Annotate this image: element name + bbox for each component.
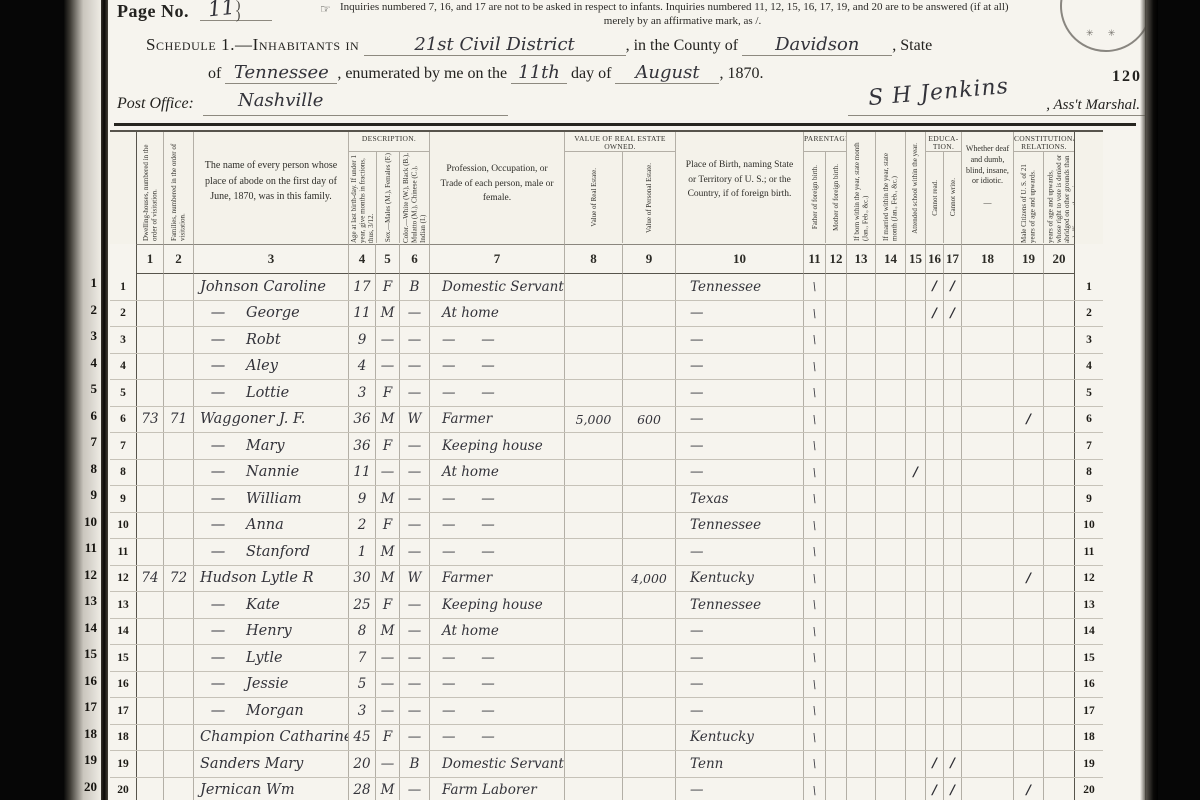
cell-name: Waggoner J. F. <box>193 407 348 433</box>
right-gutter-number <box>1075 244 1103 274</box>
row-number-right: 16 <box>1075 672 1103 698</box>
cell-name: —Lottie <box>193 380 348 406</box>
cell-sex: F <box>375 274 399 300</box>
cell-m15 <box>905 486 925 512</box>
table-row: 3—Robt9——— ——\3 <box>110 327 1103 354</box>
cell-m13 <box>846 274 875 300</box>
cell-m13 <box>846 619 875 645</box>
cell-m15 <box>905 778 925 800</box>
scanned-census-page: 1234567891011121314151617181920 Page No.… <box>0 0 1200 800</box>
cell-m20 <box>1043 698 1075 724</box>
column-header-8: Value of Real Estate. <box>565 152 622 243</box>
person-name: Henry <box>242 623 292 639</box>
adjacent-page-row-number: 6 <box>91 409 98 422</box>
cell-m14 <box>875 539 905 565</box>
cell-real <box>564 486 622 512</box>
cell-dw <box>136 327 163 353</box>
cell-m16 <box>925 354 943 380</box>
cell-occ: — — <box>429 645 564 671</box>
cell-real <box>564 301 622 327</box>
cell-age: 3 <box>348 698 375 724</box>
person-name: William <box>242 491 302 507</box>
row-number-left: 8 <box>110 460 136 486</box>
name-ditto-dash: — <box>194 597 242 613</box>
cell-m19 <box>1013 698 1043 724</box>
cell-m20 <box>1043 566 1075 592</box>
column-header-16: Cannot read. <box>926 152 943 243</box>
cell-m19 <box>1013 354 1043 380</box>
cell-occ: At home <box>429 460 564 486</box>
cell-dw <box>136 672 163 698</box>
table-row: 127472Hudson Lytle R30MWFarmer4,000Kentu… <box>110 566 1103 593</box>
adjacent-page-row-number: 11 <box>85 541 97 554</box>
cell-birth: Kentucky <box>675 566 803 592</box>
cell-name: —Kate <box>193 592 348 618</box>
name-ditto-dash: — <box>194 464 242 480</box>
cell-m12 <box>825 433 846 459</box>
cell-m17 <box>943 592 961 618</box>
person-name: Waggoner J. F. <box>194 411 305 427</box>
cell-m14 <box>875 486 905 512</box>
cell-m15 <box>905 566 925 592</box>
cell-sex: M <box>375 407 399 433</box>
column-header-text: Sex.—Males (M.), Females (F.) <box>384 153 392 242</box>
column-number-12: 12 <box>825 244 846 274</box>
cell-m16 <box>925 460 943 486</box>
cell-sex: M <box>375 539 399 565</box>
cell-m19 <box>1013 725 1043 751</box>
cell-pers <box>622 672 675 698</box>
day-of-label: day of <box>571 65 611 82</box>
adjacent-page-row-number: 14 <box>84 621 97 634</box>
cell-occ: Domestic Servant <box>429 751 564 777</box>
cell-m16: / <box>925 751 943 777</box>
cell-dw <box>136 645 163 671</box>
table-header-row: Dwelling-houses, numbered in the order o… <box>110 130 1103 244</box>
cell-m13 <box>846 380 875 406</box>
cell-sex: M <box>375 566 399 592</box>
table-row: 20Jernican Wm28M—Farm Laborer—\///20 <box>110 778 1103 800</box>
cell-m20 <box>1043 725 1075 751</box>
group-label-description: Description. <box>349 132 429 152</box>
cell-m17: / <box>943 778 961 800</box>
cell-real <box>564 539 622 565</box>
person-name: Lottie <box>242 385 289 401</box>
column-header-text: Attended school within the year. <box>911 143 919 234</box>
schedule-label: Schedule 1.—Inhabitants in <box>146 35 359 54</box>
cell-dd <box>961 539 1013 565</box>
cell-m15 <box>905 407 925 433</box>
cell-m19: / <box>1013 778 1043 800</box>
cell-m17 <box>943 513 961 539</box>
cell-m11: \ <box>803 301 825 327</box>
month-blank: August <box>615 62 719 84</box>
cell-real <box>564 327 622 353</box>
cell-birth: Tenn <box>675 751 803 777</box>
column-group-education: Educa-tion.Cannot read.Cannot write. <box>925 132 961 244</box>
cell-m20 <box>1043 433 1075 459</box>
group-subcolumns: Value of Real Estate.Value of Personal E… <box>565 152 675 244</box>
column-header-text: Male Citizens of U. S. of 21 years of ag… <box>1043 152 1074 243</box>
cell-occ: — — <box>429 327 564 353</box>
cell-m16 <box>925 645 943 671</box>
cell-dw <box>136 751 163 777</box>
cell-color: — <box>399 539 429 565</box>
county-value: Davidson <box>775 34 859 55</box>
cell-dw <box>136 433 163 459</box>
cell-sex: — <box>375 354 399 380</box>
cell-birth: — <box>675 672 803 698</box>
cell-birth: Texas <box>675 486 803 512</box>
name-ditto-dash: — <box>194 491 242 507</box>
cell-name: —Anna <box>193 513 348 539</box>
cell-m16 <box>925 592 943 618</box>
cell-fam <box>163 274 193 300</box>
column-number-16: 16 <box>925 244 943 274</box>
cell-color: — <box>399 327 429 353</box>
cell-m13 <box>846 301 875 327</box>
cell-m12 <box>825 698 846 724</box>
cell-m12 <box>825 539 846 565</box>
group-label-constitutional: Constitutional Relations. <box>1014 132 1074 152</box>
cell-m19 <box>1013 274 1043 300</box>
row-number-right: 3 <box>1075 327 1103 353</box>
column-number-15: 15 <box>905 244 925 274</box>
cell-m19 <box>1013 592 1043 618</box>
column-group-value_owned: Value of Real Estate Owned.Value of Real… <box>564 132 675 244</box>
column-header-5: Sex.—Males (M.), Females (F.) <box>376 152 400 243</box>
cell-m13 <box>846 725 875 751</box>
cell-pers <box>622 539 675 565</box>
cell-dd <box>961 460 1013 486</box>
cell-m16 <box>925 327 943 353</box>
cell-m16 <box>925 539 943 565</box>
name-ditto-dash: — <box>194 544 242 560</box>
column-group-description: Description.Age at last birth-day. If un… <box>348 132 429 244</box>
cell-m15 <box>905 698 925 724</box>
person-name: Champion Catharine <box>194 729 348 745</box>
row-number-right: 19 <box>1075 751 1103 777</box>
cell-m14 <box>875 274 905 300</box>
cell-m14 <box>875 460 905 486</box>
cell-m14 <box>875 619 905 645</box>
cell-m13 <box>846 327 875 353</box>
cell-fam <box>163 460 193 486</box>
column-header-18: Whether deaf and dumb, blind, insane, or… <box>961 132 1013 244</box>
column-header-19: Male Citizens of U. S. of 21 years of ag… <box>1014 152 1043 243</box>
adjacent-page-row-number: 19 <box>84 753 97 766</box>
row-number-left: 13 <box>110 592 136 618</box>
cell-color: — <box>399 380 429 406</box>
column-number-11: 11 <box>803 244 825 274</box>
cell-name: Hudson Lytle R <box>193 566 348 592</box>
cell-real <box>564 354 622 380</box>
column-header-4: Age at last birth-day. If under 1 year, … <box>349 152 376 243</box>
group-subcolumns: Father of foreign birth.Mother of foreig… <box>804 152 846 244</box>
table-row: 13—Kate25F—Keeping houseTennessee\13 <box>110 592 1103 619</box>
name-ditto-dash: — <box>194 623 242 639</box>
cell-occ: Farmer <box>429 407 564 433</box>
cell-fam <box>163 619 193 645</box>
cell-m14 <box>875 354 905 380</box>
cell-m16 <box>925 433 943 459</box>
table-row: 5—Lottie3F—— ——\5 <box>110 380 1103 407</box>
row-number-right: 18 <box>1075 725 1103 751</box>
cell-pers <box>622 645 675 671</box>
cell-occ: Farmer <box>429 566 564 592</box>
cell-m19 <box>1013 486 1043 512</box>
column-header-text: Age at last birth-day. If under 1 year, … <box>350 152 375 243</box>
person-name: Johnson Caroline <box>194 279 326 295</box>
cell-pers: 4,000 <box>622 566 675 592</box>
column-header-6: Color.—White (W.), Black (B.), Mulatto (… <box>399 152 429 243</box>
cell-m12 <box>825 486 846 512</box>
cell-m17 <box>943 725 961 751</box>
cell-occ: At home <box>429 301 564 327</box>
cell-dd <box>961 725 1013 751</box>
table-row: 15—Lytle7——— ——\15 <box>110 645 1103 672</box>
stamp-marks: ✳ ✳ <box>1086 28 1121 39</box>
group-label-value_owned: Value of Real Estate Owned. <box>565 132 675 152</box>
cell-m16: / <box>925 274 943 300</box>
person-name: Stanford <box>242 544 310 560</box>
cell-m11: \ <box>803 751 825 777</box>
cell-fam <box>163 354 193 380</box>
cell-fam <box>163 725 193 751</box>
column-header-2: Families, numbered in the order of visit… <box>163 132 193 244</box>
cell-m20 <box>1043 778 1075 800</box>
cell-age: 36 <box>348 407 375 433</box>
cell-sex: M <box>375 778 399 800</box>
column-header-14: If married within the year, state month … <box>875 132 905 244</box>
person-name: Hudson Lytle R <box>194 570 314 586</box>
cell-name: —William <box>193 486 348 512</box>
cell-m20 <box>1043 539 1075 565</box>
cell-pers <box>622 513 675 539</box>
table-row: 9—William9M—— —Texas\9 <box>110 486 1103 513</box>
cell-m14 <box>875 778 905 800</box>
adjacent-page-row-number: 1 <box>91 276 98 289</box>
adjacent-page-row-number: 9 <box>91 488 98 501</box>
cell-m20 <box>1043 301 1075 327</box>
district-blank: 21st Civil District <box>364 34 626 56</box>
adjacent-page-row-number: 7 <box>91 435 98 448</box>
cell-m16: / <box>925 301 943 327</box>
adjacent-page-edge: 1234567891011121314151617181920 <box>64 0 101 800</box>
cell-birth: — <box>675 301 803 327</box>
cell-name: Jernican Wm <box>193 778 348 800</box>
cell-occ: Keeping house <box>429 592 564 618</box>
cell-m15 <box>905 274 925 300</box>
cell-sex: — <box>375 645 399 671</box>
cell-dd <box>961 619 1013 645</box>
cell-dd <box>961 566 1013 592</box>
row-number-right: 5 <box>1075 380 1103 406</box>
cell-m17 <box>943 354 961 380</box>
cell-occ: Farm Laborer <box>429 778 564 800</box>
cell-age: 36 <box>348 433 375 459</box>
cell-dd <box>961 327 1013 353</box>
cell-fam <box>163 698 193 724</box>
cell-m14 <box>875 566 905 592</box>
cell-age: 28 <box>348 778 375 800</box>
cell-name: Champion Catharine <box>193 725 348 751</box>
cell-dd <box>961 301 1013 327</box>
cell-m11: \ <box>803 354 825 380</box>
cell-age: 25 <box>348 592 375 618</box>
cell-real <box>564 274 622 300</box>
cell-dd <box>961 486 1013 512</box>
census-form-page: Page No. 11 ) ) ☞ Inquiries numbered 7, … <box>108 0 1145 800</box>
cell-birth: — <box>675 645 803 671</box>
cell-m11: \ <box>803 698 825 724</box>
cell-m20 <box>1043 513 1075 539</box>
marshal-label: , Ass't Marshal. <box>1046 97 1140 114</box>
cell-dw <box>136 486 163 512</box>
column-number-10: 10 <box>675 244 803 274</box>
cell-name: —Aley <box>193 354 348 380</box>
cell-color: — <box>399 778 429 800</box>
row-number-left: 3 <box>110 327 136 353</box>
cell-dw <box>136 354 163 380</box>
cell-m19: / <box>1013 407 1043 433</box>
cell-name: —Stanford <box>193 539 348 565</box>
cell-m11: \ <box>803 619 825 645</box>
cell-name: —Morgan <box>193 698 348 724</box>
cell-sex: — <box>375 698 399 724</box>
column-number-17: 17 <box>943 244 961 274</box>
cell-name: Sanders Mary <box>193 751 348 777</box>
column-header-text: Value of Real Estate. <box>590 168 598 227</box>
left-gutter-header <box>110 132 136 244</box>
row-number-right: 9 <box>1075 486 1103 512</box>
column-header-text: Cannot read. <box>931 180 939 216</box>
cell-pers <box>622 301 675 327</box>
cell-m16 <box>925 698 943 724</box>
row-number-right: 8 <box>1075 460 1103 486</box>
cell-m13 <box>846 592 875 618</box>
cell-name: —Mary <box>193 433 348 459</box>
cell-sex: F <box>375 725 399 751</box>
page-right-edge <box>1140 0 1158 800</box>
person-name: Mary <box>242 438 285 454</box>
cell-m20 <box>1043 460 1075 486</box>
cell-name: —Jessie <box>193 672 348 698</box>
row-number-left: 2 <box>110 301 136 327</box>
cell-real <box>564 672 622 698</box>
row-number-left: 17 <box>110 698 136 724</box>
cell-dd <box>961 513 1013 539</box>
cell-m11: \ <box>803 566 825 592</box>
table-row: 19Sanders Mary20—BDomestic ServantTenn\/… <box>110 751 1103 778</box>
cell-real <box>564 751 622 777</box>
cell-fam <box>163 486 193 512</box>
cell-dd <box>961 274 1013 300</box>
cell-m12 <box>825 725 846 751</box>
cell-occ: Domestic Servant <box>429 274 564 300</box>
column-number-8: 8 <box>564 244 622 274</box>
cell-m12 <box>825 619 846 645</box>
cell-m14 <box>875 672 905 698</box>
adjacent-page-row-number: 20 <box>84 780 97 793</box>
table-row: 4—Aley4——— ——\4 <box>110 354 1103 381</box>
cell-m15 <box>905 672 925 698</box>
cell-m13 <box>846 672 875 698</box>
adjacent-page-row-number: 3 <box>91 329 98 342</box>
column-header-20: Male Citizens of U. S. of 21 years of ag… <box>1043 152 1074 243</box>
cell-m17: / <box>943 274 961 300</box>
cell-m19 <box>1013 751 1043 777</box>
cell-occ: — — <box>429 698 564 724</box>
column-number-14: 14 <box>875 244 905 274</box>
cell-m16 <box>925 672 943 698</box>
cell-m20 <box>1043 407 1075 433</box>
adjacent-page-row-number: 10 <box>84 515 97 528</box>
cell-m15 <box>905 539 925 565</box>
column-header-text: Mother of foreign birth. <box>832 164 840 231</box>
person-name: Aley <box>242 358 278 374</box>
column-number-1: 1 <box>136 244 163 274</box>
column-header-text: Families, numbered in the order of visit… <box>170 135 187 241</box>
cell-color: W <box>399 566 429 592</box>
cell-color: — <box>399 513 429 539</box>
cell-m14 <box>875 698 905 724</box>
cell-pers <box>622 460 675 486</box>
cell-pers <box>622 433 675 459</box>
day-blank: 11th <box>511 62 567 84</box>
cell-dw <box>136 301 163 327</box>
cell-dd <box>961 433 1013 459</box>
cell-birth: — <box>675 380 803 406</box>
cell-m14 <box>875 327 905 353</box>
cell-fam <box>163 539 193 565</box>
name-ditto-dash: — <box>194 517 242 533</box>
cell-fam: 72 <box>163 566 193 592</box>
cell-dd <box>961 778 1013 800</box>
cell-m15 <box>905 380 925 406</box>
column-header-13: If born within the year, state month (Ja… <box>846 132 875 244</box>
cell-age: 2 <box>348 513 375 539</box>
inquiries-note-line2: merely by an affirmative mark, as /. <box>340 15 1025 27</box>
column-header-3: The name of every person whose place of … <box>193 132 348 244</box>
person-name: Jessie <box>242 676 289 692</box>
cell-pers <box>622 725 675 751</box>
cell-m15 <box>905 433 925 459</box>
cell-sex: M <box>375 486 399 512</box>
cell-age: 3 <box>348 380 375 406</box>
cell-pers <box>622 592 675 618</box>
cell-m15 <box>905 645 925 671</box>
group-subcolumns: Male Citizens of U. S. of 21 years of ag… <box>1014 152 1074 244</box>
cell-m20 <box>1043 751 1075 777</box>
row-number-right: 20 <box>1075 778 1103 800</box>
cell-m20 <box>1043 380 1075 406</box>
column-header-11: Father of foreign birth. <box>804 152 825 243</box>
cell-sex: F <box>375 592 399 618</box>
month-value: August <box>635 62 699 83</box>
cell-sex: F <box>375 433 399 459</box>
cell-color: — <box>399 619 429 645</box>
cell-birth: — <box>675 778 803 800</box>
column-header-text: Value of Personal Estate. <box>645 163 653 233</box>
cell-m11: \ <box>803 645 825 671</box>
cell-sex: F <box>375 380 399 406</box>
person-name: Lytle <box>242 650 283 666</box>
cell-m13 <box>846 778 875 800</box>
cell-birth: — <box>675 433 803 459</box>
cell-m12 <box>825 566 846 592</box>
column-header-text: If born within the year, state month (Ja… <box>853 135 870 241</box>
